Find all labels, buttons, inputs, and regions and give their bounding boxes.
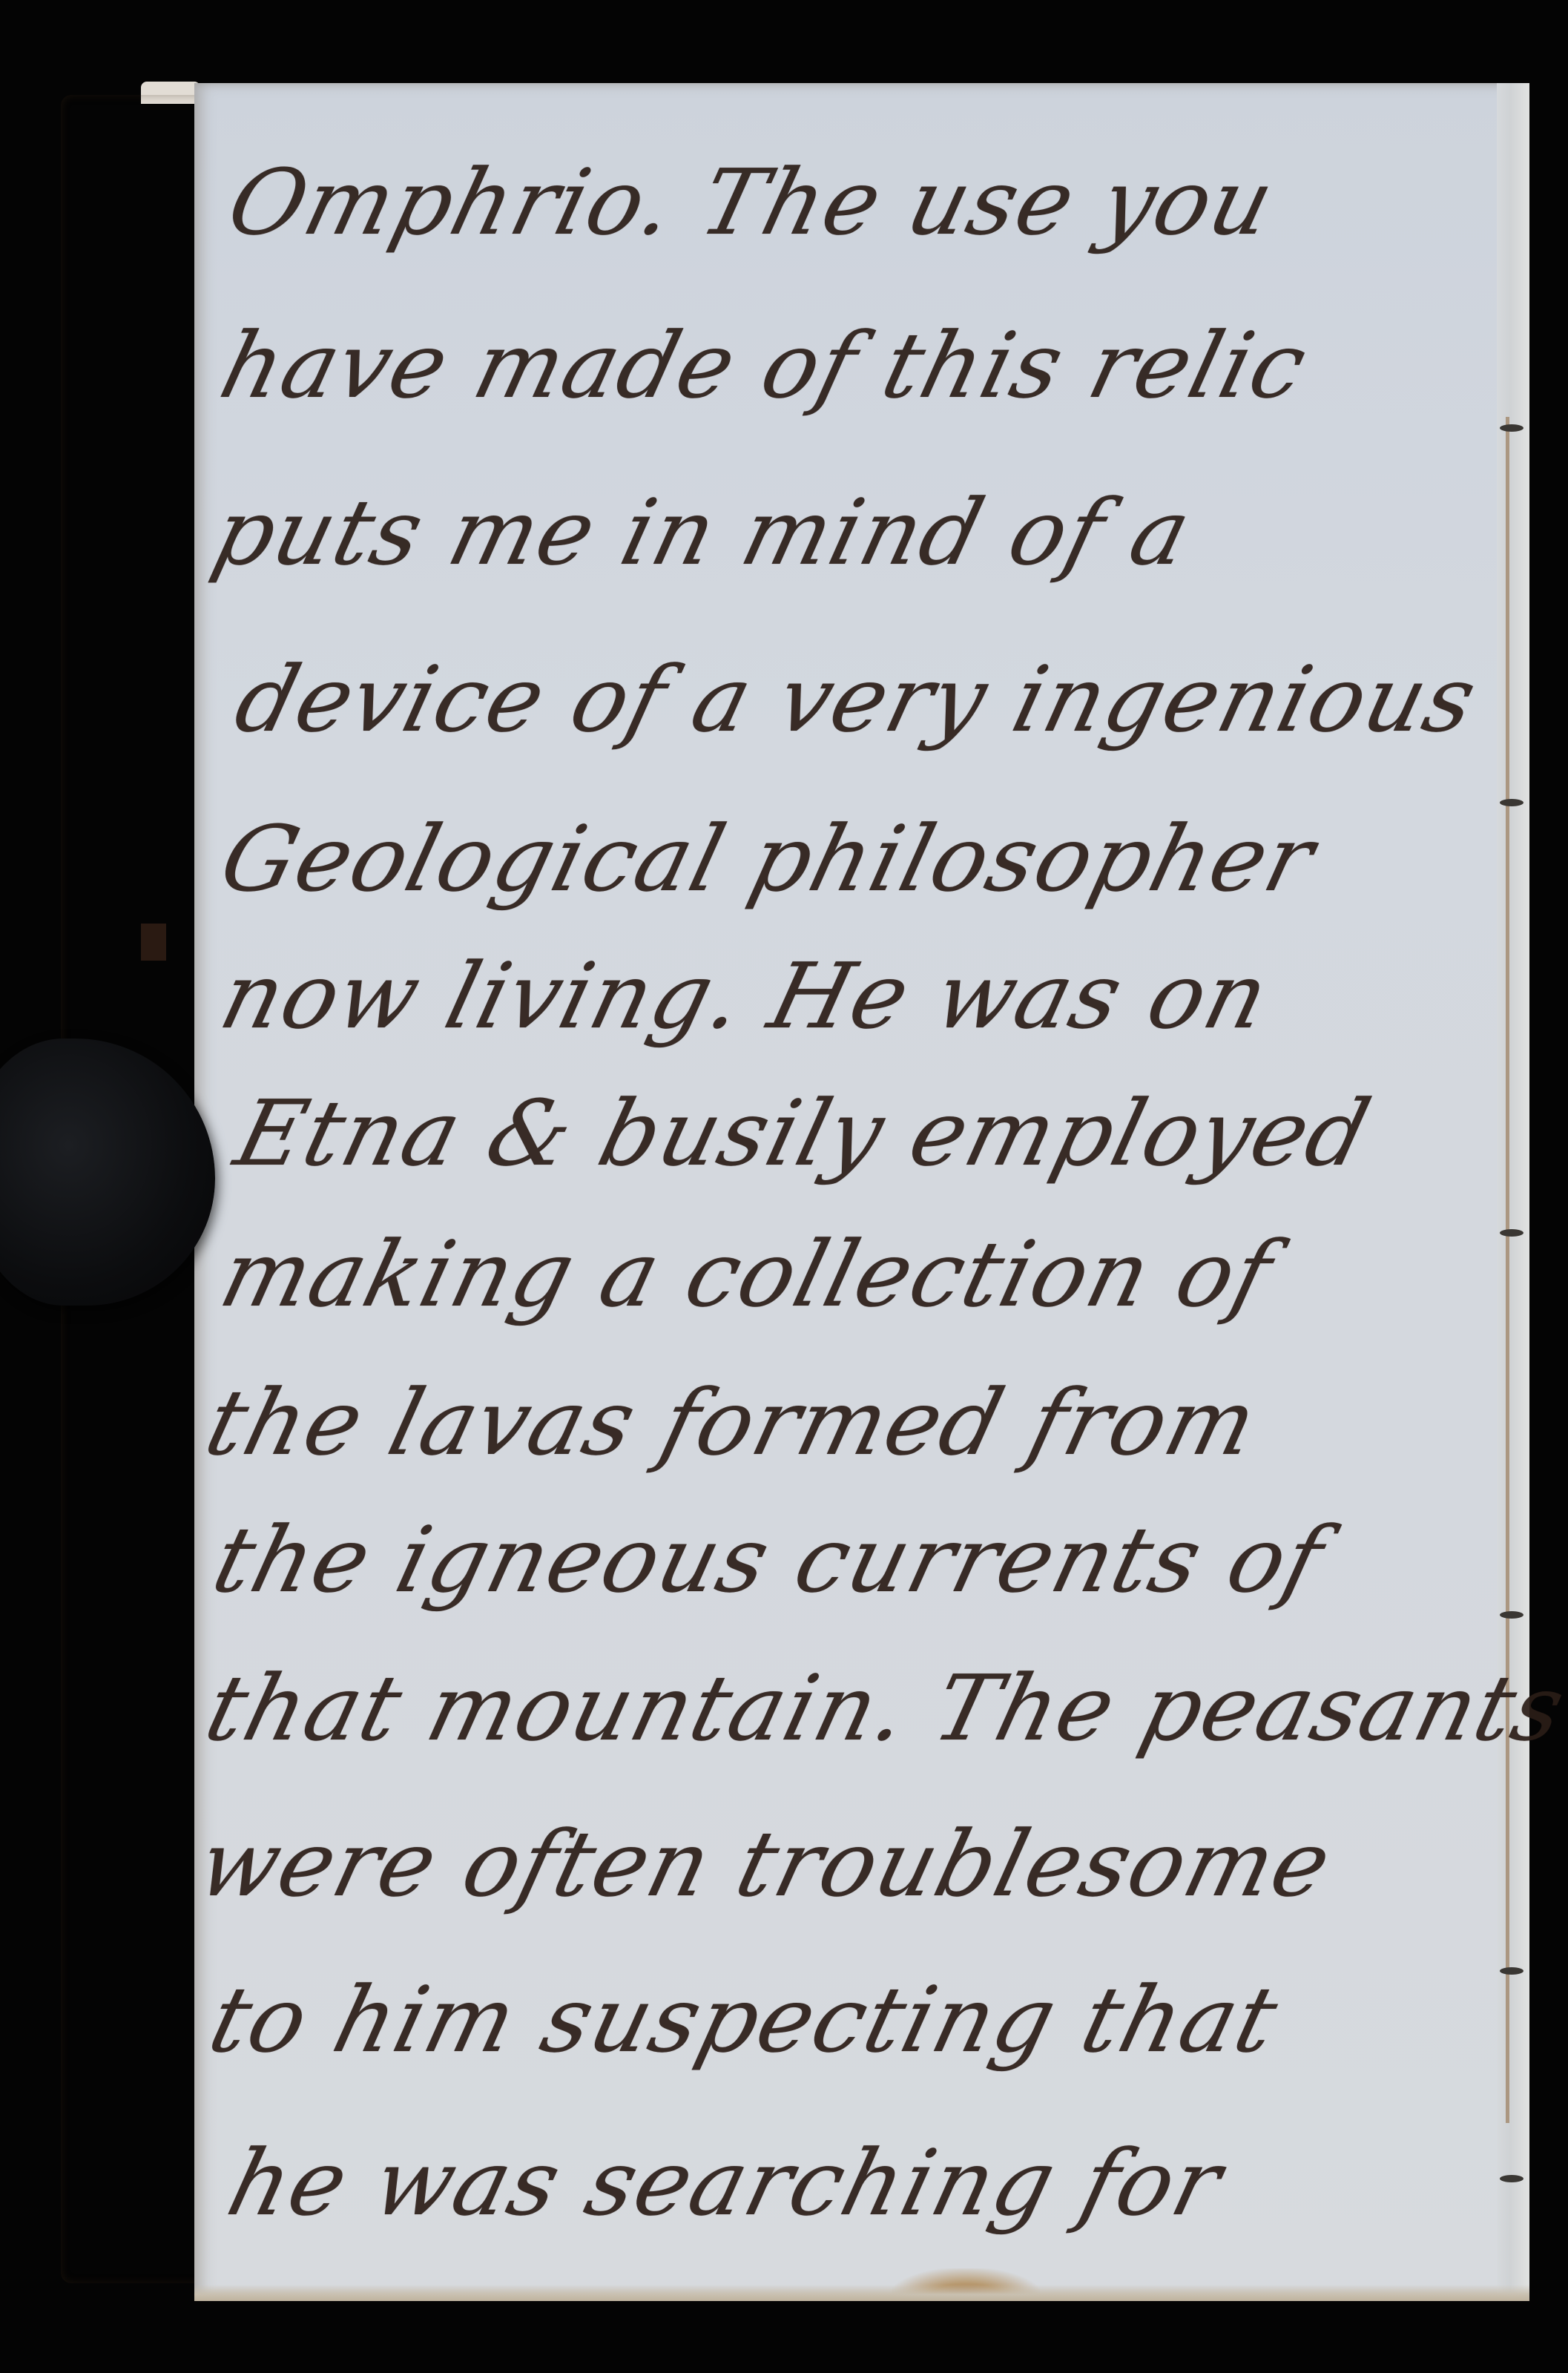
manuscript-line-1: Omphrio. The use you bbox=[218, 150, 1285, 255]
manuscript-line-14: he was searching for bbox=[218, 2130, 1233, 2236]
manuscript-page: Omphrio. The use you have made of this r… bbox=[194, 83, 1529, 2301]
manuscript-line-5: Geological philosopher bbox=[211, 806, 1325, 912]
manuscript-line-2: have made of this relic bbox=[211, 313, 1317, 418]
manuscript-line-9: the lavas formed from bbox=[196, 1370, 1268, 1475]
page-tab-marker bbox=[141, 924, 166, 961]
manuscript-line-12: were often troublesome bbox=[188, 1811, 1342, 1917]
manuscript-line-6: now living. He was on bbox=[211, 944, 1279, 1049]
manuscript-line-7: Etna & busily employed bbox=[225, 1081, 1381, 1186]
manuscript-line-8: making a collection of bbox=[211, 1222, 1283, 1327]
manuscript-line-10: the igneous currents of bbox=[203, 1507, 1334, 1613]
manuscript-line-3: puts me in mind of a bbox=[203, 480, 1202, 585]
manuscript-line-13: to him suspecting that bbox=[200, 1967, 1288, 2073]
manuscript-line-11: that mountain. The peasants bbox=[196, 1656, 1568, 1761]
manuscript-line-4: device of a very ingenious bbox=[225, 647, 1487, 752]
handwritten-text: Omphrio. The use you have made of this r… bbox=[194, 83, 1529, 2301]
